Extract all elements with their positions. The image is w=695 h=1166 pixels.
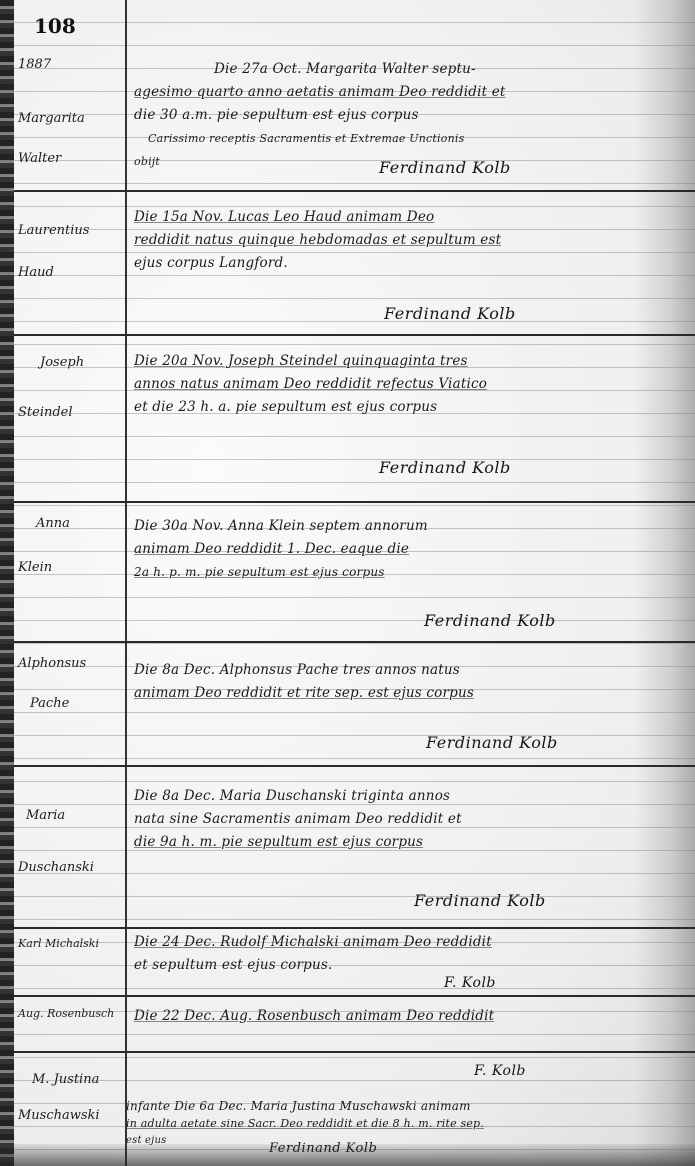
entry-line: Die 15a Nov. Lucas Leo Haud animam Deo xyxy=(134,206,679,229)
entry-full-name: Karl Michalski xyxy=(18,931,122,957)
entry-surname: Steindel xyxy=(18,400,122,426)
entry-text: Die 30a Nov. Anna Klein septem annorum a… xyxy=(134,515,679,584)
entry-line: in adulta aetate sine Sacr. Deo reddidit… xyxy=(126,1115,686,1133)
entry-year: 1887 xyxy=(18,52,122,78)
entry-line: Die 30a Nov. Anna Klein septem annorum xyxy=(134,515,679,538)
entry-surname: Haud xyxy=(18,260,122,286)
priest-signature: Ferdinand Kolb xyxy=(379,458,511,477)
entry-surname: Klein xyxy=(18,555,122,581)
entry-line: agesimo quarto anno aetatis animam Deo r… xyxy=(134,81,679,104)
register-entry: Anna Klein Die 30a Nov. Anna Klein septe… xyxy=(14,503,695,643)
entry-given-name: Margarita xyxy=(18,106,122,132)
entry-line: Die 20a Nov. Joseph Steindel quinquagint… xyxy=(134,350,679,373)
entry-line: animam Deo reddidit 1. Dec. eaque die xyxy=(134,538,679,561)
entry-given-name: Joseph xyxy=(18,350,122,376)
entry-surname: Muschawski xyxy=(18,1103,122,1129)
register-entry: Aug. Rosenbusch Die 22 Dec. Aug. Rosenbu… xyxy=(14,997,695,1053)
entry-names: Anna Klein xyxy=(18,511,122,581)
entry-names: Alphonsus Pache xyxy=(18,651,122,717)
priest-signature: F. Kolb xyxy=(444,975,496,991)
entry-text: Die 15a Nov. Lucas Leo Haud animam Deo r… xyxy=(134,206,679,275)
entry-names: Aug. Rosenbusch xyxy=(18,1001,122,1027)
entry-line: Die 8a Dec. Alphonsus Pache tres annos n… xyxy=(134,659,679,682)
entry-line: reddidit natus quinque hebdomadas et sep… xyxy=(134,229,679,252)
register-entry: M. Justina Muschawski F. Kolb infante Di… xyxy=(14,1053,695,1153)
register-entry: Alphonsus Pache Die 8a Dec. Alphonsus Pa… xyxy=(14,643,695,767)
register-entry: Maria Duschanski Die 8a Dec. Maria Dusch… xyxy=(14,767,695,929)
entry-line: Die 8a Dec. Maria Duschanski triginta an… xyxy=(134,785,679,808)
entry-full-name: Aug. Rosenbusch xyxy=(18,1001,122,1027)
entry-line: animam Deo reddidit et rite sep. est eju… xyxy=(134,682,679,705)
entry-given-name: Maria xyxy=(18,803,122,829)
entry-given-name: Anna xyxy=(18,511,122,537)
entry-text: Die 8a Dec. Alphonsus Pache tres annos n… xyxy=(134,659,679,705)
entry-given-name: Alphonsus xyxy=(18,651,122,677)
entry-line: nata sine Sacramentis animam Deo reddidi… xyxy=(134,808,679,831)
priest-signature: Ferdinand Kolb xyxy=(414,891,546,910)
entry-given-name: M. Justina xyxy=(18,1067,122,1093)
entry-names: Joseph Steindel xyxy=(18,350,122,426)
register-entry: Joseph Steindel Die 20a Nov. Joseph Stei… xyxy=(14,336,695,503)
entry-line: infante Die 6a Dec. Maria Justina Muscha… xyxy=(126,1097,686,1115)
entry-surname: Walter xyxy=(18,146,122,172)
entry-names: 1887 Margarita Walter xyxy=(18,52,122,172)
register-entry: 1887 Margarita Walter Die 27a Oct. Marga… xyxy=(14,50,695,192)
entry-line: ejus corpus Langford. xyxy=(134,252,679,275)
entry-surname: Duschanski xyxy=(18,855,122,881)
entry-text: Die 22 Dec. Aug. Rosenbusch animam Deo r… xyxy=(134,1005,679,1028)
entry-line: annos natus animam Deo reddidit refectus… xyxy=(134,373,679,396)
priest-signature: Ferdinand Kolb xyxy=(426,733,558,752)
entry-line: et die 23 h. a. pie sepultum est ejus co… xyxy=(134,396,679,419)
entry-line: Carissimo receptis Sacramentis et Extrem… xyxy=(134,127,679,150)
register-page: 108 1887 Margarita Walter Die 27a Oct. M… xyxy=(0,0,695,1166)
entry-line: Die 27a Oct. Margarita Walter septu- xyxy=(214,58,674,81)
page-bottom-shadow xyxy=(0,1144,695,1166)
entry-text: Die 24 Dec. Rudolf Michalski animam Deo … xyxy=(134,931,679,977)
page-number: 108 xyxy=(34,14,76,38)
register-entry: Karl Michalski Die 24 Dec. Rudolf Michal… xyxy=(14,929,695,997)
entry-text: infante Die 6a Dec. Maria Justina Muscha… xyxy=(126,1097,686,1149)
entry-line: et sepultum est ejus corpus. xyxy=(134,954,679,977)
entry-line: Die 22 Dec. Aug. Rosenbusch animam Deo r… xyxy=(134,1005,679,1028)
priest-signature: Ferdinand Kolb xyxy=(384,304,516,323)
entry-line: die 9a h. m. pie sepultum est ejus corpu… xyxy=(134,831,679,854)
entry-line: die 30 a.m. pie sepultum est ejus corpus xyxy=(134,104,679,127)
entry-names: M. Justina Muschawski xyxy=(18,1067,122,1129)
entry-names: Laurentius Haud xyxy=(18,218,122,286)
priest-signature: F. Kolb xyxy=(474,1063,526,1079)
book-binding-edge xyxy=(0,0,14,1166)
register-entry: Laurentius Haud Die 15a Nov. Lucas Leo H… xyxy=(14,192,695,336)
entry-surname: Pache xyxy=(18,691,122,717)
entry-text: Die 27a Oct. Margarita Walter septu- xyxy=(214,58,674,81)
entry-text: Die 20a Nov. Joseph Steindel quinquagint… xyxy=(134,350,679,419)
priest-signature: Ferdinand Kolb xyxy=(379,158,511,177)
entry-names: Karl Michalski xyxy=(18,931,122,957)
entry-text: Die 8a Dec. Maria Duschanski triginta an… xyxy=(134,785,679,854)
priest-signature: Ferdinand Kolb xyxy=(424,611,556,630)
entry-given-name: Laurentius xyxy=(18,218,122,244)
entry-line: 2a h. p. m. pie sepultum est ejus corpus xyxy=(134,561,679,584)
entry-names: Maria Duschanski xyxy=(18,803,122,881)
entry-line: Die 24 Dec. Rudolf Michalski animam Deo … xyxy=(134,931,679,954)
